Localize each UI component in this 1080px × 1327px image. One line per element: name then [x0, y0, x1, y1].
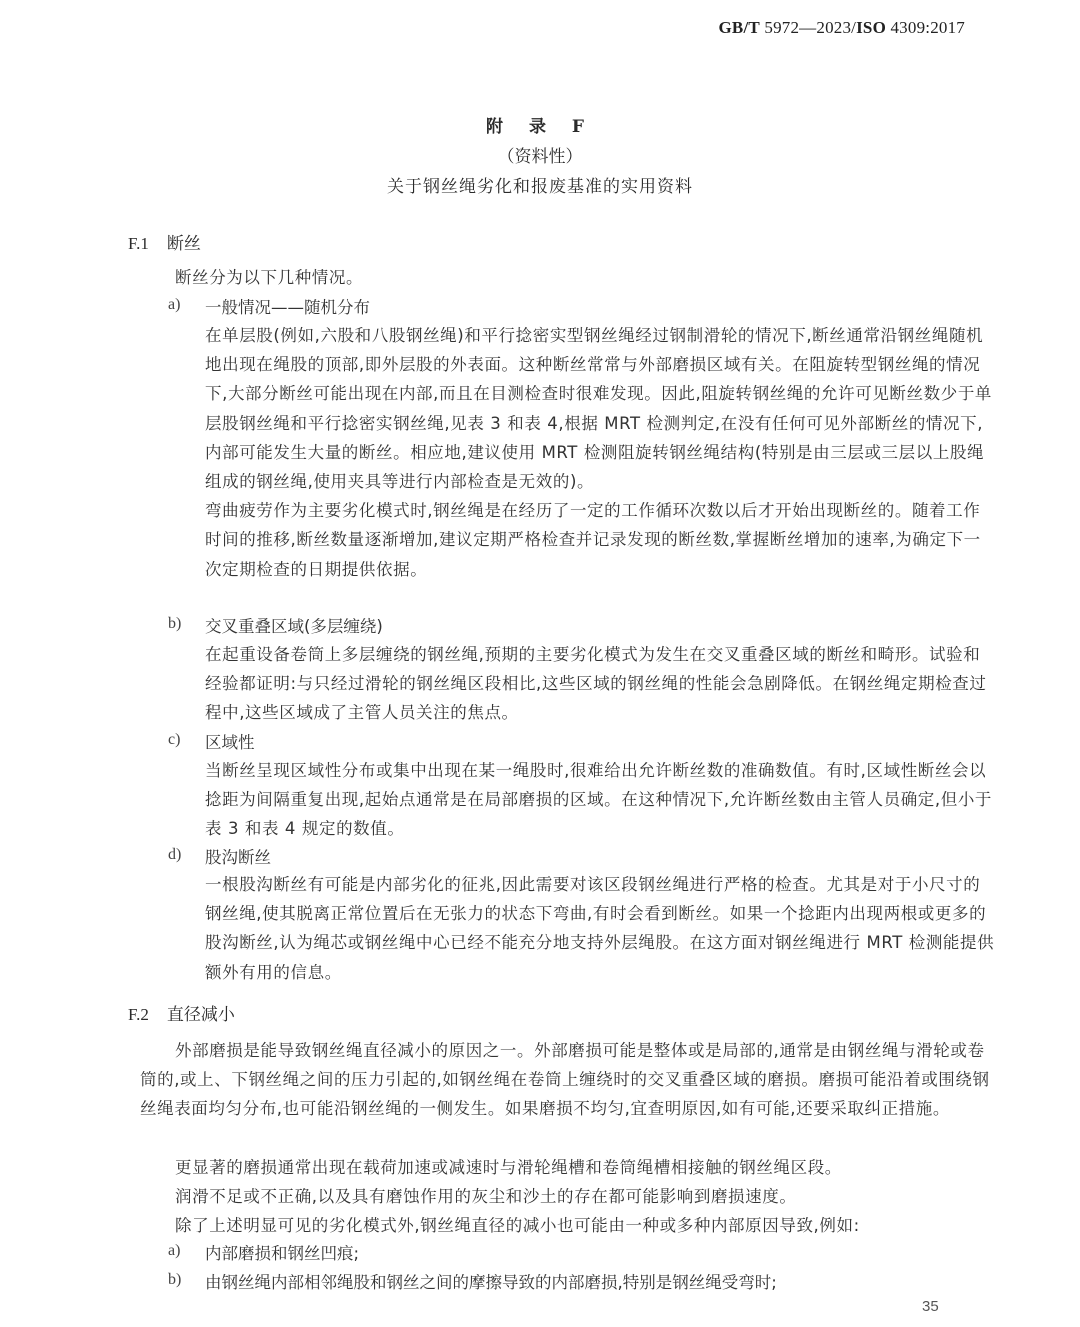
section-title: 断丝	[167, 234, 201, 254]
item-d-body: 一根股沟断丝有可能是内部劣化的征兆,因此需要对该区段钢丝绳进行严格的检查。尤其是…	[205, 870, 997, 987]
item-c-body: 当断丝呈现区域性分布或集中出现在某一绳股时,很难给出允许断丝数的准确数值。有时,…	[205, 756, 997, 844]
appendix-title: 关于钢丝绳劣化和报废基准的实用资料	[0, 172, 1080, 202]
list-marker-a: a)	[168, 1242, 180, 1260]
section-heading-f2: F.2直径减小	[128, 1000, 235, 1025]
section-heading-f1: F.1断丝	[128, 229, 201, 254]
section-intro: 断丝分为以下几种情况。	[175, 263, 995, 292]
standard-number: 5972—2023/	[764, 18, 856, 37]
iso-number: 4309:2017	[890, 18, 965, 37]
list-item: 由钢丝绳内部相邻绳股和钢丝之间的摩擦导致的内部磨损,特别是钢丝绳受弯时;	[205, 1269, 777, 1293]
list-marker-c: c)	[168, 731, 180, 749]
paragraph: 在起重设备卷筒上多层缠绕的钢丝绳,预期的主要劣化模式为发生在交叉重叠区域的断丝和…	[205, 640, 997, 728]
appendix-title-block: 附 录 F （资料性） 关于钢丝绳劣化和报废基准的实用资料	[0, 112, 1080, 202]
item-title-c: 区域性	[205, 729, 255, 753]
section-title: 直径减小	[167, 1005, 235, 1025]
paragraph: 当断丝呈现区域性分布或集中出现在某一绳股时,很难给出允许断丝数的准确数值。有时,…	[205, 756, 997, 844]
f2-paragraph-2: 更显著的磨损通常出现在载荷加速或减速时与滑轮绳槽和卷筒绳槽相接触的钢丝绳区段。	[175, 1153, 997, 1182]
item-title-d: 股沟断丝	[205, 844, 271, 868]
appendix-type: （资料性）	[0, 142, 1080, 172]
list-marker-a: a)	[168, 296, 180, 314]
f2-paragraph-1: 外部磨损是能导致钢丝绳直径减小的原因之一。外部磨损可能是整体或是局部的,通常是由…	[140, 1036, 997, 1124]
item-title-a: 一般情况——随机分布	[205, 294, 370, 318]
list-marker-b: b)	[168, 1271, 181, 1289]
paragraph: 弯曲疲劳作为主要劣化模式时,钢丝绳是在经历了一定的工作循环次数以后才开始出现断丝…	[205, 496, 997, 584]
item-b-body: 在起重设备卷筒上多层缠绕的钢丝绳,预期的主要劣化模式为发生在交叉重叠区域的断丝和…	[205, 640, 997, 728]
item-a-body: 在单层股(例如,六股和八股钢丝绳)和平行捻密实型钢丝绳经过钢制滑轮的情况下,断丝…	[205, 321, 997, 584]
standard-number-header: GB/T 5972—2023/ISO 4309:2017	[718, 18, 965, 38]
paragraph: 一根股沟断丝有可能是内部劣化的征兆,因此需要对该区段钢丝绳进行严格的检查。尤其是…	[205, 870, 997, 987]
section-number: F.1	[128, 234, 149, 253]
list-marker-b: b)	[168, 615, 181, 633]
f2-paragraph-4: 除了上述明显可见的劣化模式外,钢丝绳直径的减小也可能由一种或多种内部原因导致,例…	[175, 1211, 997, 1240]
appendix-label: 附 录 F	[0, 112, 1080, 142]
standard-prefix: GB/T	[718, 18, 759, 37]
section-number: F.2	[128, 1005, 149, 1024]
list-marker-d: d)	[168, 846, 181, 864]
f2-paragraph-3: 润滑不足或不正确,以及具有磨蚀作用的灰尘和沙土的存在都可能影响到磨损速度。	[175, 1182, 997, 1211]
paragraph: 在单层股(例如,六股和八股钢丝绳)和平行捻密实型钢丝绳经过钢制滑轮的情况下,断丝…	[205, 321, 997, 496]
list-item: 内部磨损和钢丝凹痕;	[205, 1240, 359, 1264]
page-number: 35	[922, 1298, 939, 1315]
item-title-b: 交叉重叠区域(多层缠绕)	[205, 613, 383, 637]
iso-prefix: ISO	[856, 18, 886, 37]
